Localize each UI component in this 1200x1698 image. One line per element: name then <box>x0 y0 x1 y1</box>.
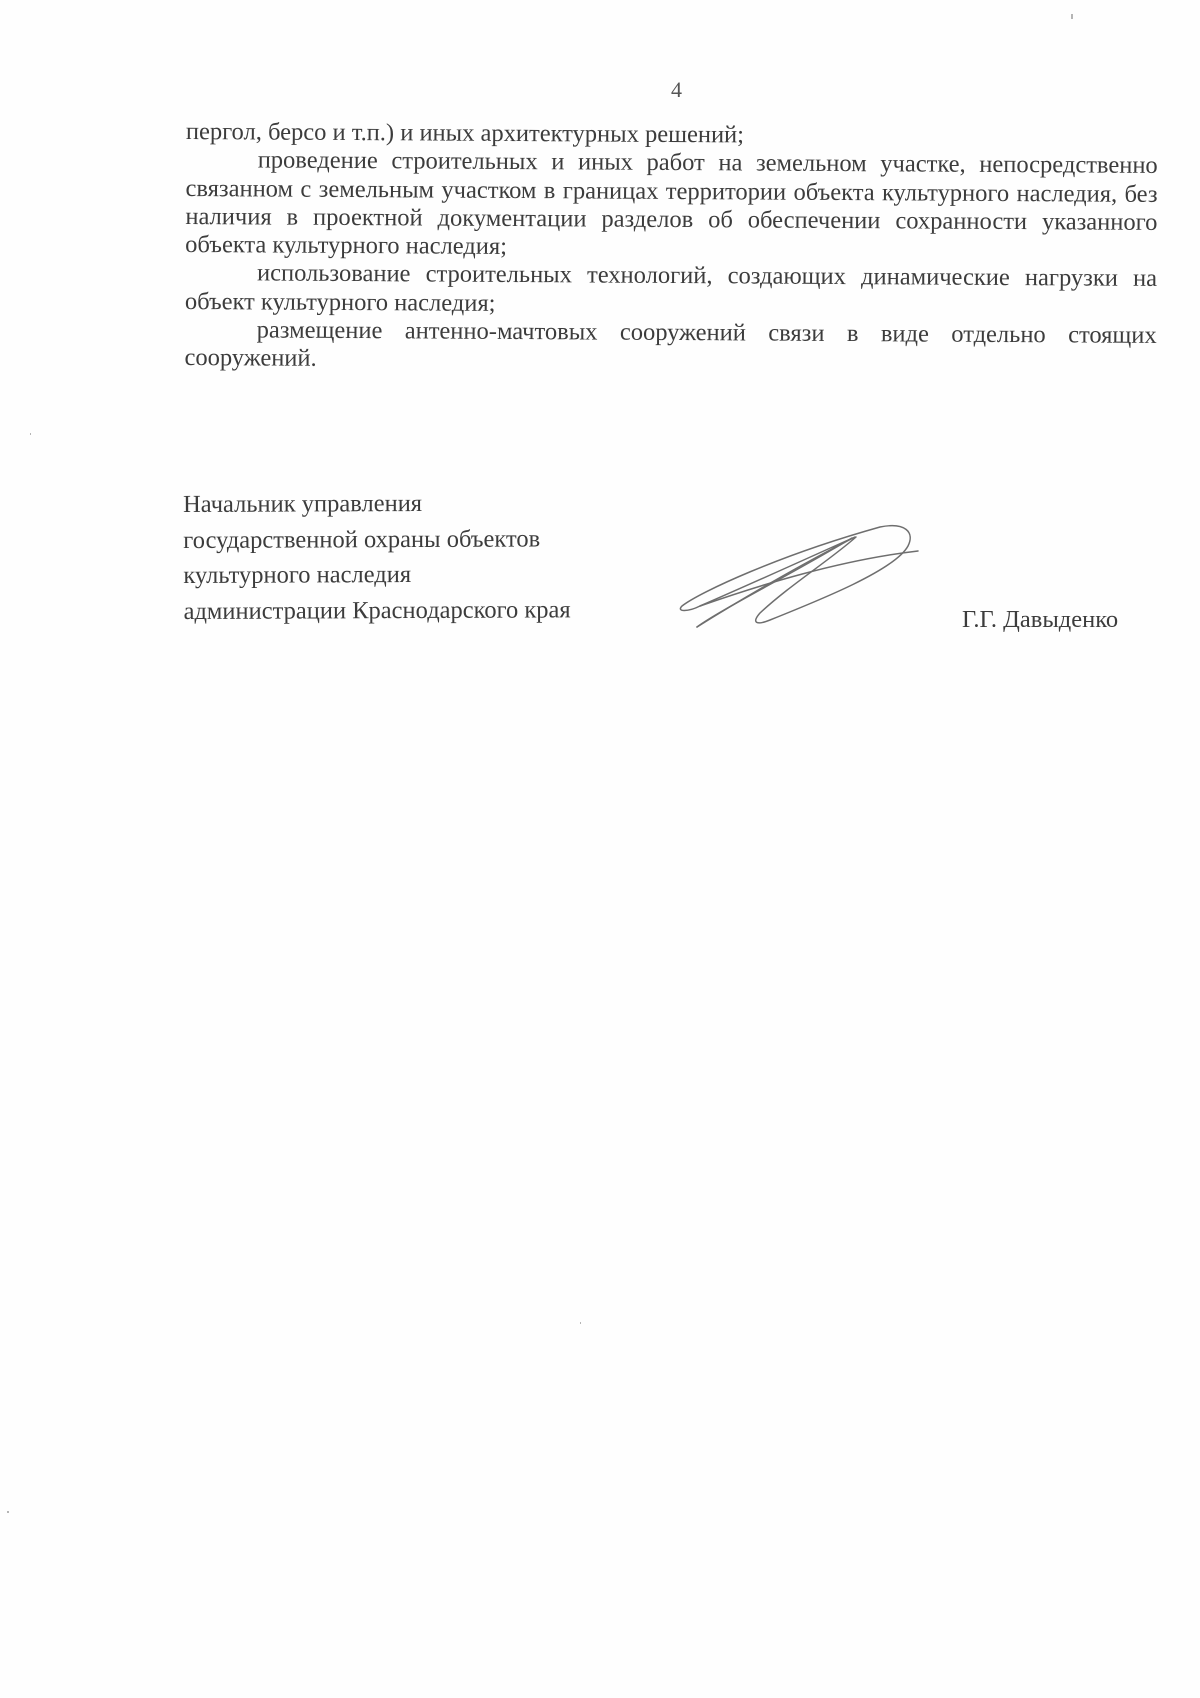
page-number: 4 <box>671 78 682 102</box>
signer-name: Г.Г. Давыденко <box>962 605 1118 635</box>
handwritten-signature-icon <box>660 505 940 645</box>
position-line: культурного наследия <box>183 556 570 593</box>
body-text: пергол, берсо и т.п.) и иных архитектурн… <box>184 118 1158 379</box>
position-line: администрации Краснодарского края <box>183 592 570 629</box>
scan-speck-top-right <box>1071 14 1073 19</box>
paragraph-construction-works: проведение строительных и иных работ на … <box>185 146 1158 265</box>
position-line: государственной охраны объектов <box>183 521 570 558</box>
scan-speck-left-margin <box>30 433 31 435</box>
document-page: 4 пергол, берсо и т.п.) и иных архитекту… <box>0 0 1200 1698</box>
paragraph-antenna-masts: размещение антенно-мачтовых сооружений с… <box>184 316 1156 379</box>
signatory-position: Начальник управления государственной охр… <box>183 485 571 629</box>
scan-speck-bottom-left <box>7 1511 9 1513</box>
scan-speck-center <box>580 1322 581 1324</box>
position-line: Начальник управления <box>183 485 570 522</box>
paragraph-dynamic-loads: использование строительных технологий, с… <box>185 259 1157 322</box>
